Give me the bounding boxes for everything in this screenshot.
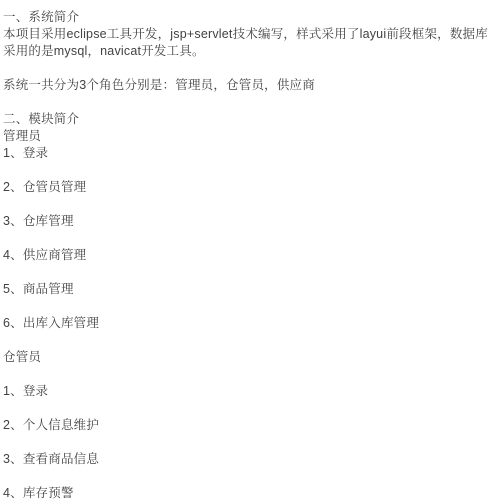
keeper-module-item-1: 1、登录 xyxy=(3,383,497,400)
keeper-module-item-4: 4、库存预警 xyxy=(3,485,497,500)
text-line: 4、库存预警 xyxy=(3,485,497,500)
keeper-module-item-2: 2、个人信息维护 xyxy=(3,417,497,434)
admin-module-item-5: 5、商品管理 xyxy=(3,281,497,298)
text-line: 仓管员 xyxy=(3,349,497,366)
text-line: 5、商品管理 xyxy=(3,281,497,298)
text-line: 系统一共分为3个角色分别是：管理员，仓管员，供应商 xyxy=(3,77,497,94)
section-2-modules-admin-heading: 二、模块简介管理员1、登录 xyxy=(3,111,497,162)
text-line: 二、模块简介 xyxy=(3,111,497,128)
text-line: 管理员 xyxy=(3,128,497,145)
role-warehouse-keeper-heading: 仓管员 xyxy=(3,349,497,366)
admin-module-item-2: 2、仓管员管理 xyxy=(3,179,497,196)
text-line: 3、仓库管理 xyxy=(3,213,497,230)
text-line: 4、供应商管理 xyxy=(3,247,497,264)
document-body: 一、系统简介本项目采用eclipse工具开发，jsp+servlet技术编写，样… xyxy=(0,0,500,500)
text-line: 本项目采用eclipse工具开发，jsp+servlet技术编写，样式采用了la… xyxy=(3,26,497,60)
admin-module-item-4: 4、供应商管理 xyxy=(3,247,497,264)
text-line: 1、登录 xyxy=(3,383,497,400)
keeper-module-item-3: 3、查看商品信息 xyxy=(3,451,497,468)
text-line: 2、仓管员管理 xyxy=(3,179,497,196)
section-1-intro: 一、系统简介本项目采用eclipse工具开发，jsp+servlet技术编写，样… xyxy=(3,9,497,60)
admin-module-item-6: 6、出库入库管理 xyxy=(3,315,497,332)
admin-module-item-3: 3、仓库管理 xyxy=(3,213,497,230)
text-line: 一、系统简介 xyxy=(3,9,497,26)
roles-summary: 系统一共分为3个角色分别是：管理员，仓管员，供应商 xyxy=(3,77,497,94)
text-line: 3、查看商品信息 xyxy=(3,451,497,468)
text-line: 2、个人信息维护 xyxy=(3,417,497,434)
text-line: 6、出库入库管理 xyxy=(3,315,497,332)
text-line: 1、登录 xyxy=(3,145,497,162)
